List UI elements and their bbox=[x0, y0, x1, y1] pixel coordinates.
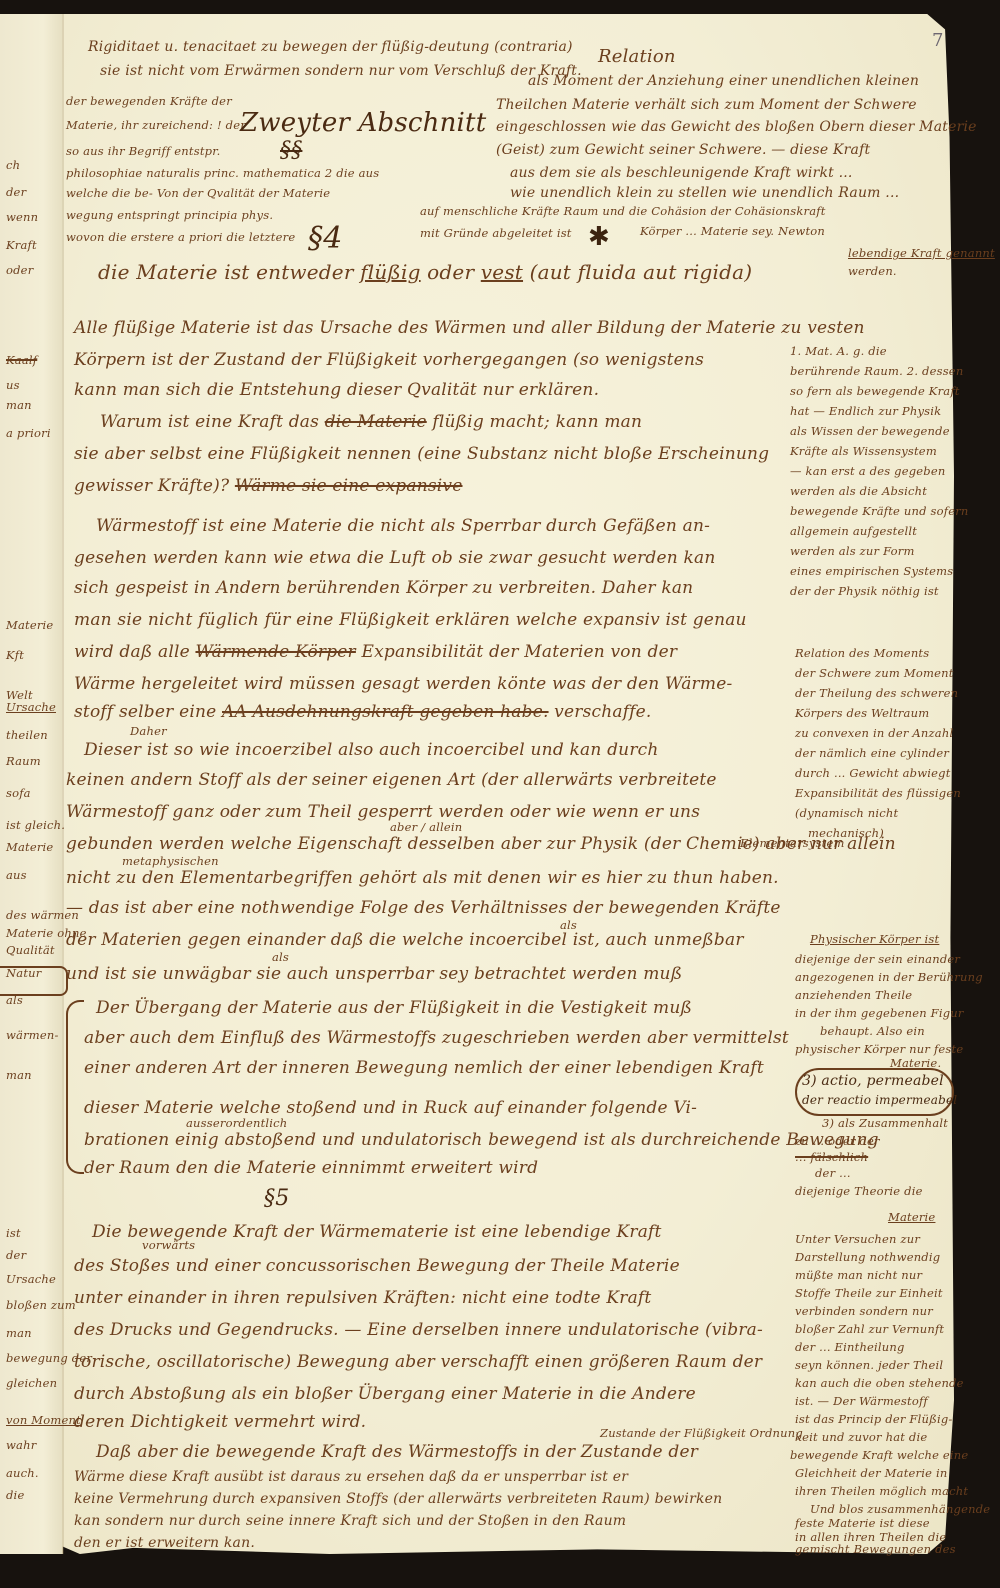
section-heading: Zweyter Abschnitt bbox=[240, 110, 486, 136]
paragraph-5-mark: §5 bbox=[264, 1188, 289, 1210]
folio-number: 7 bbox=[932, 30, 943, 51]
bracket-connector bbox=[0, 966, 68, 996]
crossed-out-symbol: §§ bbox=[280, 140, 302, 162]
bracket bbox=[66, 1000, 84, 1174]
word-solid: vest bbox=[481, 260, 523, 284]
paragraph-4-mark: §4 bbox=[308, 224, 343, 254]
latin-gloss: (aut fluida aut rigida) bbox=[530, 260, 753, 284]
binding-fold bbox=[62, 14, 64, 1554]
relation-heading: Relation bbox=[598, 48, 676, 66]
word-fluid: flüßig bbox=[360, 260, 420, 284]
asterisk-mark: ✱ bbox=[588, 222, 610, 252]
paper-damage bbox=[28, 1560, 48, 1582]
paragraph-4-statement: die Materie ist entweder flüßig oder ves… bbox=[98, 262, 752, 282]
